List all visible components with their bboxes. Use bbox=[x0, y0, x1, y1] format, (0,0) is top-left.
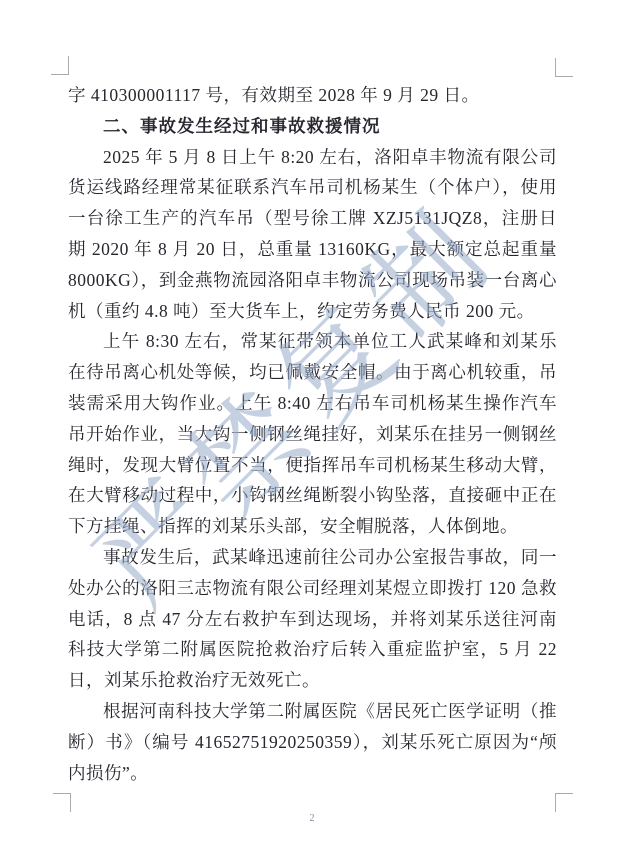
crop-mark-top-left-icon bbox=[51, 56, 69, 75]
document-body: 字 410300001117 号，有效期至 2028 年 9 月 29 日。二、… bbox=[68, 80, 557, 788]
section-heading: 二、事故发生经过和事故救援情况 bbox=[68, 111, 557, 142]
page-number: 2 bbox=[0, 813, 624, 824]
crop-mark-top-right-icon bbox=[555, 58, 573, 77]
crop-mark-bottom-right-icon bbox=[555, 793, 573, 812]
paragraph: 事故发生后，武某峰迅速前往公司办公室报告事故，同一处办公的洛阳三志物流有限公司经… bbox=[68, 542, 557, 696]
paragraph: 字 410300001117 号，有效期至 2028 年 9 月 29 日。 bbox=[68, 80, 557, 111]
paragraph: 根据河南科技大学第二附属医院《居民死亡医学证明（推断）书》（编号 4165275… bbox=[68, 696, 557, 788]
paragraph: 2025 年 5 月 8 日上午 8:20 左右，洛阳卓丰物流有限公司货运线路经… bbox=[68, 142, 557, 327]
paragraph: 上午 8:30 左右，常某征带领本单位工人武某峰和刘某乐在待吊离心机处等候，均已… bbox=[68, 326, 557, 542]
document-page: 严禁复制 字 410300001117 号，有效期至 2028 年 9 月 29… bbox=[0, 0, 624, 849]
crop-mark-bottom-left-icon bbox=[53, 793, 71, 812]
